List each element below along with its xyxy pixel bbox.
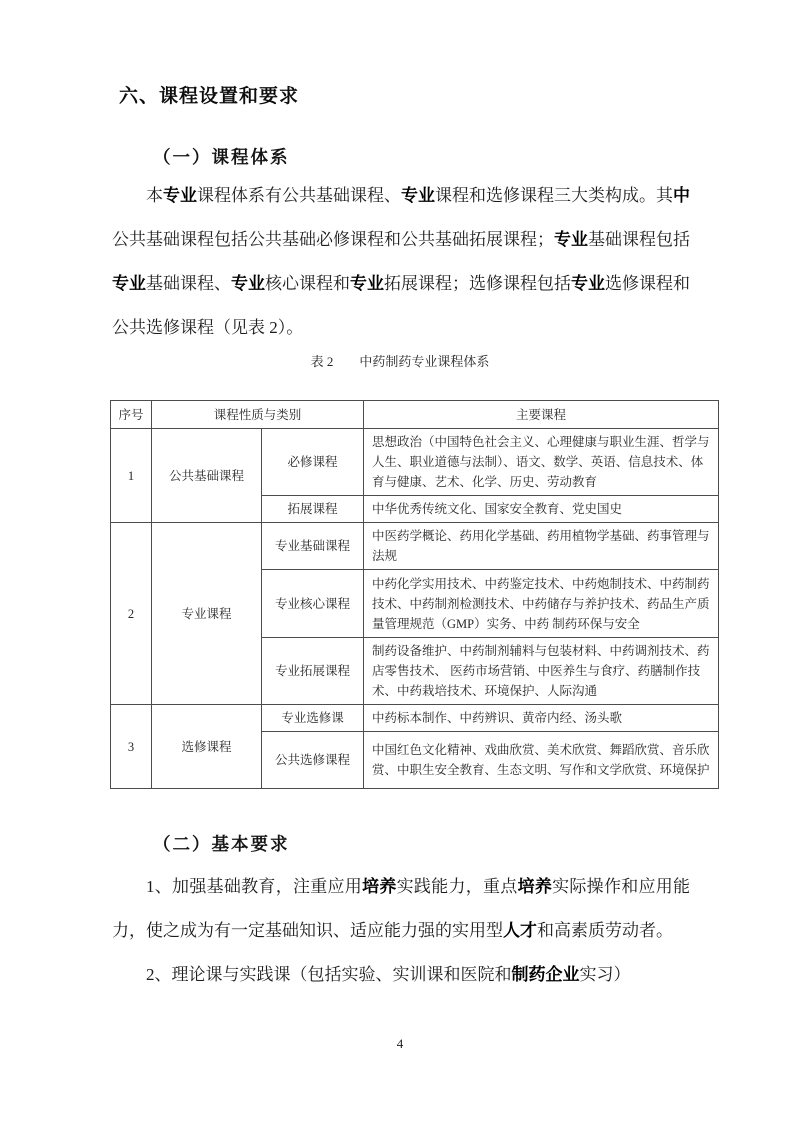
- cell-course-type: 拓展课程: [262, 496, 364, 523]
- course-system-table: 序号 课程性质与类别 主要课程 1 公共基础课程 必修课程 思想政治（中国特色社…: [110, 400, 719, 789]
- table-header-row: 序号 课程性质与类别 主要课程: [111, 401, 719, 429]
- requirement-item-2: 2、理论课与实践课（包括实验、实训课和医院和制药企业实习）: [112, 953, 690, 997]
- table-row: 2 专业课程 专业基础课程 中医药学概论、药用化学基础、药用植物学基础、药事管理…: [111, 523, 719, 570]
- page-title: 六、课程设置和要求: [119, 0, 800, 110]
- cell-courses: 制药设备维护、中药制剂辅料与包装材料、中药调剂技术、药店零售技术、 医药市场营销…: [364, 638, 719, 705]
- cell-courses: 中国红色文化精神、戏曲欣赏、美术欣赏、舞蹈欣赏、音乐欣赏、中职生安全教育、生态文…: [364, 732, 719, 789]
- table-caption-title: 中药制药专业课程体系: [359, 354, 489, 369]
- cell-courses: 中药标本制作、中药辨识、黄帝内经、汤头歌: [364, 705, 719, 732]
- section-2-items: 1、加强基础教育，注重应用培养实践能力，重点培养实际操作和应用能力，使之成为有一…: [0, 865, 800, 997]
- cell-courses: 中华优秀传统文化、国家安全教育、党史国史: [364, 496, 719, 523]
- cell-course-type: 专业基础课程: [262, 523, 364, 570]
- table-row: 1 公共基础课程 必修课程 思想政治（中国特色社会主义、心理健康与职业生涯、哲学…: [111, 429, 719, 496]
- header-category: 课程性质与类别: [152, 401, 364, 429]
- cell-courses: 中医药学概论、药用化学基础、药用植物学基础、药事管理与法规: [364, 523, 719, 570]
- cell-course-type: 专业拓展课程: [262, 638, 364, 705]
- cell-courses: 中药化学实用技术、中药鉴定技术、中药炮制技术、中药制药技术、中药制剂检测技术、中…: [364, 570, 719, 638]
- cell-seq: 2: [111, 523, 152, 705]
- page-number: 4: [0, 1036, 800, 1052]
- section-1-title: （一）课程体系: [153, 144, 800, 170]
- cell-course-type: 公共选修课程: [262, 732, 364, 789]
- table-row: 3 选修课程 专业选修课 中药标本制作、中药辨识、黄帝内经、汤头歌: [111, 705, 719, 732]
- cell-courses: 思想政治（中国特色社会主义、心理健康与职业生涯、哲学与人生、职业道德与法制）、语…: [364, 429, 719, 496]
- table-caption-label: 表 2: [311, 354, 334, 369]
- table-caption: 表 2中药制药专业课程体系: [0, 352, 800, 372]
- cell-category: 专业课程: [152, 523, 262, 705]
- section-2-title: （二）基本要求: [153, 831, 800, 857]
- cell-course-type: 必修课程: [262, 429, 364, 496]
- cell-seq: 1: [111, 429, 152, 523]
- cell-category: 公共基础课程: [152, 429, 262, 523]
- header-seq: 序号: [111, 401, 152, 429]
- cell-category: 选修课程: [152, 705, 262, 789]
- requirement-item-1: 1、加强基础教育，注重应用培养实践能力，重点培养实际操作和应用能力，使之成为有一…: [112, 865, 690, 953]
- section-1-paragraph: 本专业课程体系有公共基础课程、专业课程和选修课程三大类构成。其中公共基础课程包括…: [112, 174, 690, 350]
- cell-course-type: 专业选修课: [262, 705, 364, 732]
- cell-course-type: 专业核心课程: [262, 570, 364, 638]
- document-page: 六、课程设置和要求 （一）课程体系 本专业课程体系有公共基础课程、专业课程和选修…: [0, 0, 800, 1131]
- cell-seq: 3: [111, 705, 152, 789]
- header-main-courses: 主要课程: [364, 401, 719, 429]
